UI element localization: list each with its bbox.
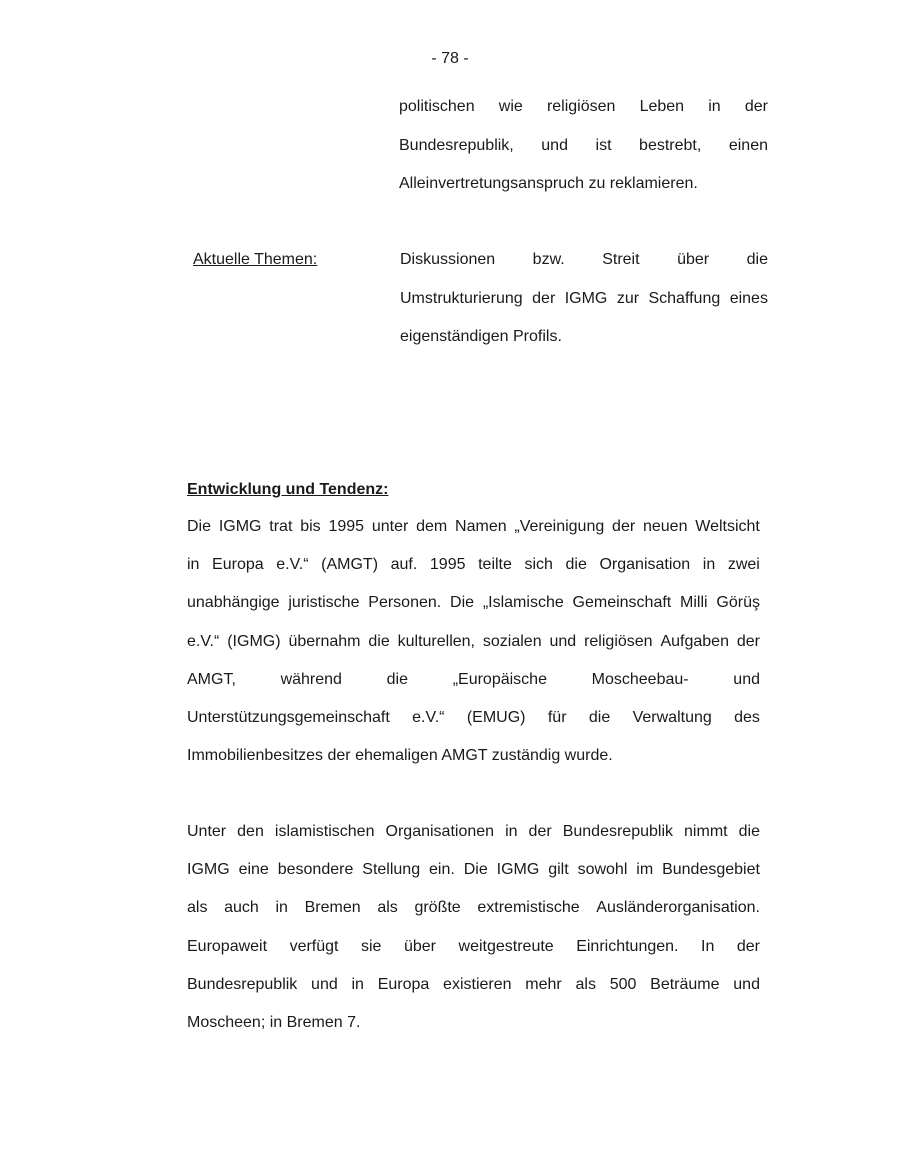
word: Leben [640,97,685,117]
word: während [281,670,342,690]
word: zwei [728,555,760,575]
word: und [541,136,568,156]
word: Bundesrepublik [187,975,297,995]
word: (AMGT) [321,555,378,575]
word: „Islamische [483,593,564,613]
text-line: unabhängigejuristischePersonen.Die„Islam… [187,593,760,613]
word: kulturellen, [398,632,475,652]
word: der [737,937,760,957]
word: e.V.“ [412,708,444,728]
word: Umstrukturierung [400,289,523,309]
word: Milli [680,593,708,613]
text-line: UmstrukturierungderIGMGzurSchaffungeines [400,289,768,309]
word: Aufgaben [660,632,729,652]
word: Beträume [650,975,719,995]
word: e.V.“ [187,632,219,652]
word: Gemeinschaft [573,593,672,613]
word: zur [617,289,639,309]
word: „Vereinigung [514,517,604,537]
word: gilt [548,860,568,880]
text-line: Moscheen; in Bremen 7. [187,1013,360,1033]
word: des [734,708,760,728]
word: eine [239,860,269,880]
word: (IGMG) [227,632,280,652]
word: in [708,97,720,117]
text-line: inEuropae.V.“(AMGT)auf.1995teiltesichdie… [187,555,760,575]
word: als [575,975,595,995]
word: als [187,898,207,918]
text-line: Alleinvertretungsanspruch zu reklamieren… [399,174,698,194]
word: Europa [212,555,264,575]
text-line: UnterdenislamistischenOrganisationeninde… [187,822,760,842]
word: die [739,822,760,842]
word: Die [450,593,474,613]
word: IGMG [497,860,540,880]
word: über [404,937,436,957]
word: auf. [391,555,418,575]
word: für [548,708,567,728]
text-line: Immobilienbesitzes der ehemaligen AMGT z… [187,746,613,766]
word: ein. [429,860,455,880]
word: und [311,975,338,995]
text-line: alsauchinBremenalsgrößteextremistischeAu… [187,898,760,918]
word: die [747,250,768,270]
word: juristische [288,593,359,613]
word: Moscheebau- [592,670,689,690]
word: Ausländerorganisation. [596,898,760,918]
text-line: eigenständigen Profils. [400,327,562,347]
text-line: Unterstützungsgemeinschafte.V.“(EMUG)für… [187,708,760,728]
word: Einrichtungen. [576,937,678,957]
word: die [368,632,389,652]
word: Organisation [599,555,690,575]
word: Bundesrepublik [563,822,673,842]
word: Personen. [368,593,441,613]
word: und [549,632,576,652]
word: IGMG [565,289,608,309]
word: der [612,517,635,537]
word: bestrebt, [639,136,701,156]
word: Görüş [716,593,760,613]
word: in [276,898,288,918]
word: besondere [278,860,354,880]
word: wie [499,97,523,117]
text-line: BundesrepublikundinEuropaexistierenmehra… [187,975,760,995]
word: Die [464,860,488,880]
word: Unterstützungsgemeinschaft [187,708,390,728]
word: Bundesgebiet [662,860,760,880]
word: „Europäische [453,670,547,690]
word: als [377,898,397,918]
word: sowohl [578,860,628,880]
current-topics-label: Aktuelle Themen: [193,250,317,270]
word: über [677,250,709,270]
word: dem [416,517,447,537]
word: Unter [187,822,226,842]
text-line: politischenwiereligiösenLebeninder [399,97,768,117]
word: (EMUG) [467,708,526,728]
page-number: - 78 - [0,50,900,68]
word: bis [300,517,320,537]
text-line: Diskussionenbzw.Streitüberdie [400,250,768,270]
word: 1995 [430,555,466,575]
word: ist [596,136,612,156]
word: den [237,822,264,842]
word: verfügt [290,937,339,957]
word: Diskussionen [400,250,495,270]
text-line: IGMGeinebesondereStellungein.DieIGMGgilt… [187,860,760,880]
word: die [387,670,408,690]
word: nimmt [684,822,728,842]
word: sozialen [483,632,542,652]
word: der [745,97,768,117]
text-line: EuropaweitverfügtsieüberweitgestreuteEin… [187,937,760,957]
word: und [733,975,760,995]
word: in [505,822,517,842]
word: bzw. [533,250,565,270]
word: im [636,860,653,880]
word: e.V.“ [276,555,308,575]
word: Weltsicht [695,517,760,537]
text-line: e.V.“(IGMG)übernahmdiekulturellen,sozial… [187,632,760,652]
word: Streit [602,250,639,270]
word: Die [187,517,211,537]
word: weitgestreute [459,937,554,957]
word: Europaweit [187,937,267,957]
word: in [352,975,364,995]
word: Schaffung [648,289,720,309]
word: 500 [610,975,637,995]
word: unabhängige [187,593,280,613]
word: Verwaltung [633,708,712,728]
word: eines [730,289,768,309]
word: Namen [455,517,507,537]
word: einen [729,136,768,156]
word: der [529,822,552,842]
word: religiösen [547,97,615,117]
word: teilte [478,555,512,575]
word: extremistische [477,898,579,918]
word: neuen [643,517,688,537]
word: politischen [399,97,475,117]
word: sie [361,937,381,957]
word: mehr [525,975,561,995]
word: Europa [378,975,430,995]
word: AMGT, [187,670,236,690]
word: größte [414,898,460,918]
word: Bremen [305,898,361,918]
word: in [187,555,199,575]
word: Stellung [362,860,420,880]
word: sich [524,555,552,575]
word: und [733,670,760,690]
text-line: AMGT,währenddie„EuropäischeMoscheebau-un… [187,670,760,690]
word: in [703,555,715,575]
word: Bundesrepublik, [399,136,514,156]
development-heading: Entwicklung und Tendenz: [187,480,388,500]
word: IGMG [187,860,230,880]
word: existieren [443,975,511,995]
word: der [532,289,555,309]
word: religiösen [584,632,652,652]
word: die [566,555,587,575]
word: 1995 [328,517,364,537]
word: trat [269,517,292,537]
word: islamistischen [275,822,375,842]
text-line: DieIGMGtratbis1995unterdemNamen„Vereinig… [187,517,760,537]
word: In [701,937,714,957]
word: unter [372,517,408,537]
word: auch [224,898,259,918]
word: die [589,708,610,728]
word: übernahm [288,632,360,652]
word: IGMG [219,517,262,537]
text-line: Bundesrepublik,undistbestrebt,einen [399,136,768,156]
word: Organisationen [386,822,495,842]
word: der [737,632,760,652]
